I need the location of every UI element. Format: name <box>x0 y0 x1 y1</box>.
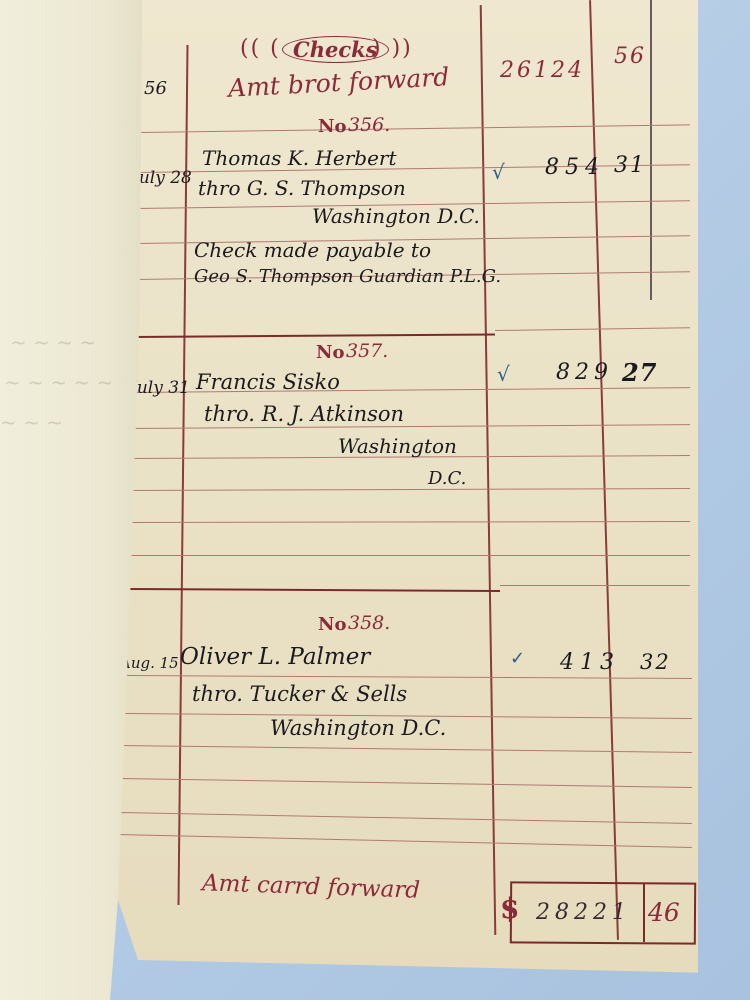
left-margin-fragment: 56 <box>144 78 167 99</box>
carried-forward-dollars: 28221 <box>536 900 631 925</box>
payee-line: Check made payable to <box>194 238 431 262</box>
payee-line: thro. Tucker & Sells <box>192 682 407 706</box>
entry-date: Aug. 15 <box>120 654 179 672</box>
entry-number: 356. <box>348 114 390 136</box>
bleed-through-text: ~ ~ ~ <box>0 410 63 434</box>
payee-line: thro G. S. Thompson <box>198 176 406 200</box>
payee-line: Oliver L. Palmer <box>180 644 370 670</box>
payee-line: Washington <box>338 434 457 458</box>
entry-date: July 28 <box>132 168 192 188</box>
rule-line <box>500 585 690 586</box>
page-edge <box>650 0 652 300</box>
payee-line: D.C. <box>428 468 466 489</box>
brought-forward-dollars: 26124 <box>500 58 585 83</box>
brought-forward-cents: 56 <box>614 44 646 69</box>
entry-number: 357. <box>346 340 388 362</box>
payee-line: Washington D.C. <box>270 716 446 740</box>
amount-cents: 27 <box>622 358 657 387</box>
payee-line: Geo S. Thompson Guardian P.L.G. <box>194 266 501 287</box>
payee-line: Washington D.C. <box>312 204 480 228</box>
bleed-through-text: ~ ~ ~ ~ ~ <box>4 370 113 394</box>
total-cents-divider <box>643 884 645 942</box>
amount-dollars: 854 <box>545 155 605 180</box>
amount-dollars: 829 <box>556 360 613 385</box>
payee-line: Francis Sisko <box>196 370 340 394</box>
carried-forward-cents: 46 <box>648 898 680 927</box>
reconciled-check-icon: ✓ <box>510 648 525 669</box>
entry-number-prefix: No <box>318 116 346 137</box>
payee-line: Thomas K. Herbert <box>202 146 397 170</box>
dollar-sign-icon: $ <box>500 892 519 925</box>
amount-cents: 31 <box>614 153 646 178</box>
bleed-through-text: ~ ~ ~ ~ <box>10 330 96 354</box>
entry-number-prefix: No <box>316 342 344 363</box>
reconciled-check-icon: √ <box>497 362 510 386</box>
heading-flourish: (( ( <box>240 36 281 61</box>
entry-date: July 31 <box>130 378 190 398</box>
reconciled-check-icon: √ <box>492 160 505 184</box>
amount-dollars: 413 <box>560 650 620 675</box>
payee-line: thro. R. J. Atkinson <box>204 402 404 426</box>
entry-number-prefix: No <box>318 614 346 635</box>
entry-number: 358. <box>348 612 390 634</box>
heading-flourish: ) )) <box>372 36 413 61</box>
amount-cents: 32 <box>640 650 671 674</box>
rule-line <box>125 555 690 556</box>
